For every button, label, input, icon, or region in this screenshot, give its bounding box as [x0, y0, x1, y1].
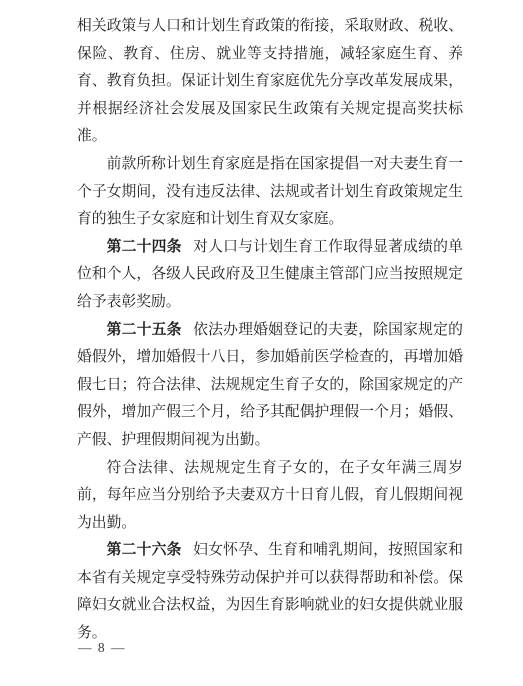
document-page: 相关政策与人口和计划生育政策的衔接，采取财政、税收、保险、教育、住房、就业等支持… — [0, 0, 523, 686]
article-24-number: 第二十四条 — [107, 239, 182, 255]
paragraph-parental-leave: 符合法律、法规规定生育子女的，在子女年满三周岁前，每年应当分别给予夫妻双方十日育… — [77, 455, 463, 538]
document-body: 相关政策与人口和计划生育政策的衔接，采取财政、税收、保险、教育、住房、就业等支持… — [77, 13, 463, 648]
article-26-number: 第二十六条 — [107, 542, 182, 558]
article-25-number: 第二十五条 — [107, 322, 182, 338]
paragraph-article-25: 第二十五条依法办理婚姻登记的夫妻，除国家规定的婚假外，增加婚假十八日，参加婚前医… — [77, 317, 463, 455]
paragraph-planned-family-definition: 前款所称计划生育家庭是指在国家提倡一对夫妻生育一个子女期间，没有违反法律、法规或… — [77, 151, 463, 234]
page-number: — 8 — — [78, 640, 126, 656]
paragraph-article-24: 第二十四条对人口与计划生育工作取得显著成绩的单位和个人，各级人民政府及卫生健康主… — [77, 234, 463, 317]
paragraph-article-26: 第二十六条妇女怀孕、生育和哺乳期间，按照国家和本省有关规定享受特殊劳动保护并可以… — [77, 537, 463, 647]
article-25-text: 依法办理婚姻登记的夫妻，除国家规定的婚假外，增加婚假十八日，参加婚前医学检查的，… — [77, 322, 463, 448]
paragraph-continuation: 相关政策与人口和计划生育政策的衔接，采取财政、税收、保险、教育、住房、就业等支持… — [77, 13, 463, 151]
